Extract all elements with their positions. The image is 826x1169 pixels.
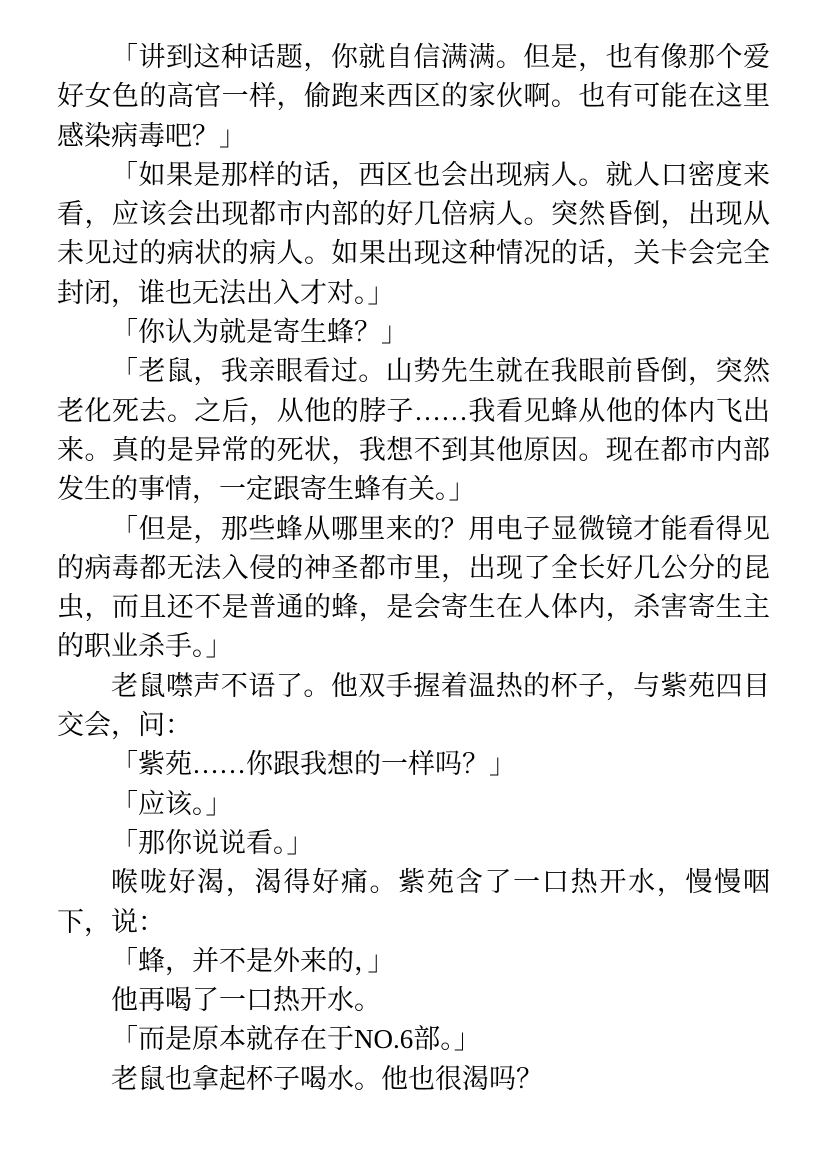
paragraph-14: 老鼠也拿起杯子喝水。他也很渴吗？ bbox=[57, 1060, 770, 1099]
paragraph-1: 「讲到这种话题，你就自信满满。但是，也有像那个爱好女色的高官一样，偷跑来西区的家… bbox=[57, 38, 770, 156]
paragraph-12: 他再喝了一口热开水。 bbox=[57, 981, 770, 1020]
paragraph-6: 老鼠噤声不语了。他双手握着温热的杯子，与紫苑四目交会，问： bbox=[57, 667, 770, 746]
paragraph-3: 「你认为就是寄生蜂？」 bbox=[57, 313, 770, 352]
paragraph-4: 「老鼠，我亲眼看过。山势先生就在我眼前昏倒，突然老化死去。之后，从他的脖子……我… bbox=[57, 352, 770, 509]
paragraph-10: 喉咙好渴，渴得好痛。紫苑含了一口热开水，慢慢咽下，说： bbox=[57, 863, 770, 942]
paragraph-9: 「那你说说看。」 bbox=[57, 824, 770, 863]
paragraph-11: 「蜂，并不是外来的，」 bbox=[57, 942, 770, 981]
paragraph-8: 「应该。」 bbox=[57, 785, 770, 824]
paragraph-7: 「紫苑……你跟我想的一样吗？」 bbox=[57, 745, 770, 784]
paragraph-5: 「但是，那些蜂从哪里来的？用电子显微镜才能看得见的病毒都无法入侵的神圣都市里，出… bbox=[57, 510, 770, 667]
paragraph-13: 「而是原本就存在于NO.6部。」 bbox=[57, 1020, 770, 1059]
paragraph-2: 「如果是那样的话，西区也会出现病人。就人口密度来看，应该会出现都市内部的好几倍病… bbox=[57, 156, 770, 313]
book-page: 「讲到这种话题，你就自信满满。但是，也有像那个爱好女色的高官一样，偷跑来西区的家… bbox=[0, 0, 826, 1169]
